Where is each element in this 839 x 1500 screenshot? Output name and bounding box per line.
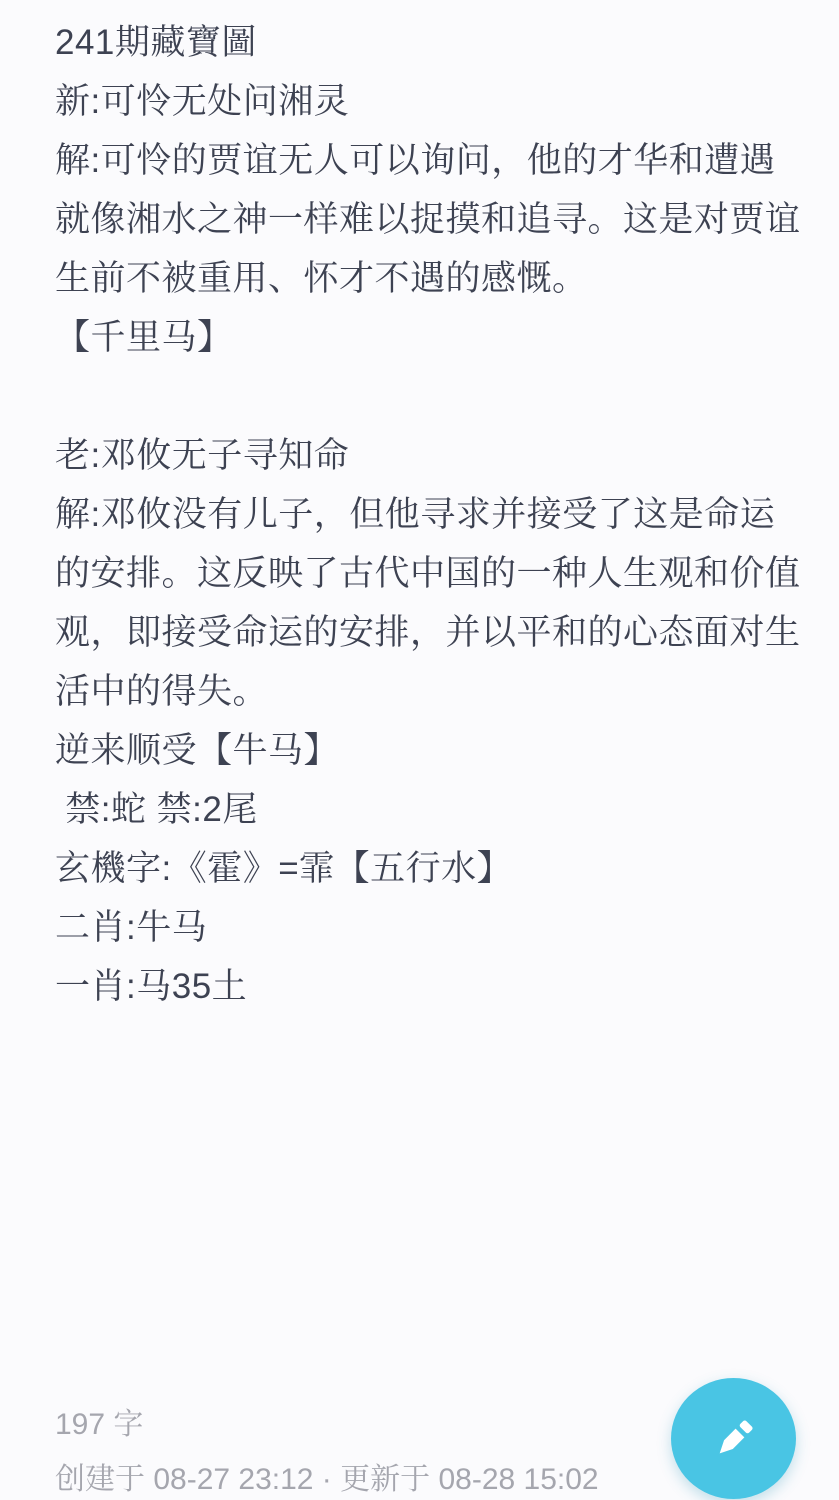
note-text-line: 二肖:牛马 [55, 898, 799, 957]
note-view: 241期藏寶圖新:可怜无处问湘灵解:可怜的贾谊无人可以询问，他的才华和遭遇就像湘… [0, 0, 839, 1500]
note-text-line: 观，即接受命运的安排，并以平和的心态面对生 [55, 603, 799, 662]
note-text-line: 禁:蛇 禁:2尾 [55, 780, 799, 839]
note-text-line: 就像湘水之神一样难以捉摸和追寻。这是对贾谊 [55, 190, 799, 249]
edit-note-fab[interactable] [671, 1378, 796, 1499]
note-text-line: 241期藏寶圖 [55, 13, 799, 72]
pencil-icon [707, 1412, 761, 1466]
note-timestamps: 创建于 08-27 23:12 · 更新于 08-28 15:02 [55, 1454, 599, 1498]
note-text-line: 新:可怜无处问湘灵 [55, 72, 799, 131]
note-text-line: 玄機字:《霍》=霏【五行水】 [55, 839, 799, 898]
note-content: 241期藏寶圖新:可怜无处问湘灵解:可怜的贾谊无人可以询问，他的才华和遭遇就像湘… [0, 0, 839, 1016]
note-text-line: 老:邓攸无子寻知命 [55, 426, 799, 485]
note-text-line [55, 367, 799, 426]
word-count: 197 字 [55, 1399, 143, 1443]
note-text-line: 一肖:马35土 [55, 957, 799, 1016]
note-text-line: 活中的得失。 [55, 662, 799, 721]
note-text-line: 生前不被重用、怀才不遇的感慨。 [55, 249, 799, 308]
note-text-line: 的安排。这反映了古代中国的一种人生观和价值 [55, 544, 799, 603]
note-text-line: 逆来顺受【牛马】 [55, 721, 799, 780]
note-text-line: 解:邓攸没有儿子，但他寻求并接受了这是命运 [55, 485, 799, 544]
note-text-line: 【千里马】 [55, 308, 799, 367]
note-text-line: 解:可怜的贾谊无人可以询问，他的才华和遭遇 [55, 131, 799, 190]
